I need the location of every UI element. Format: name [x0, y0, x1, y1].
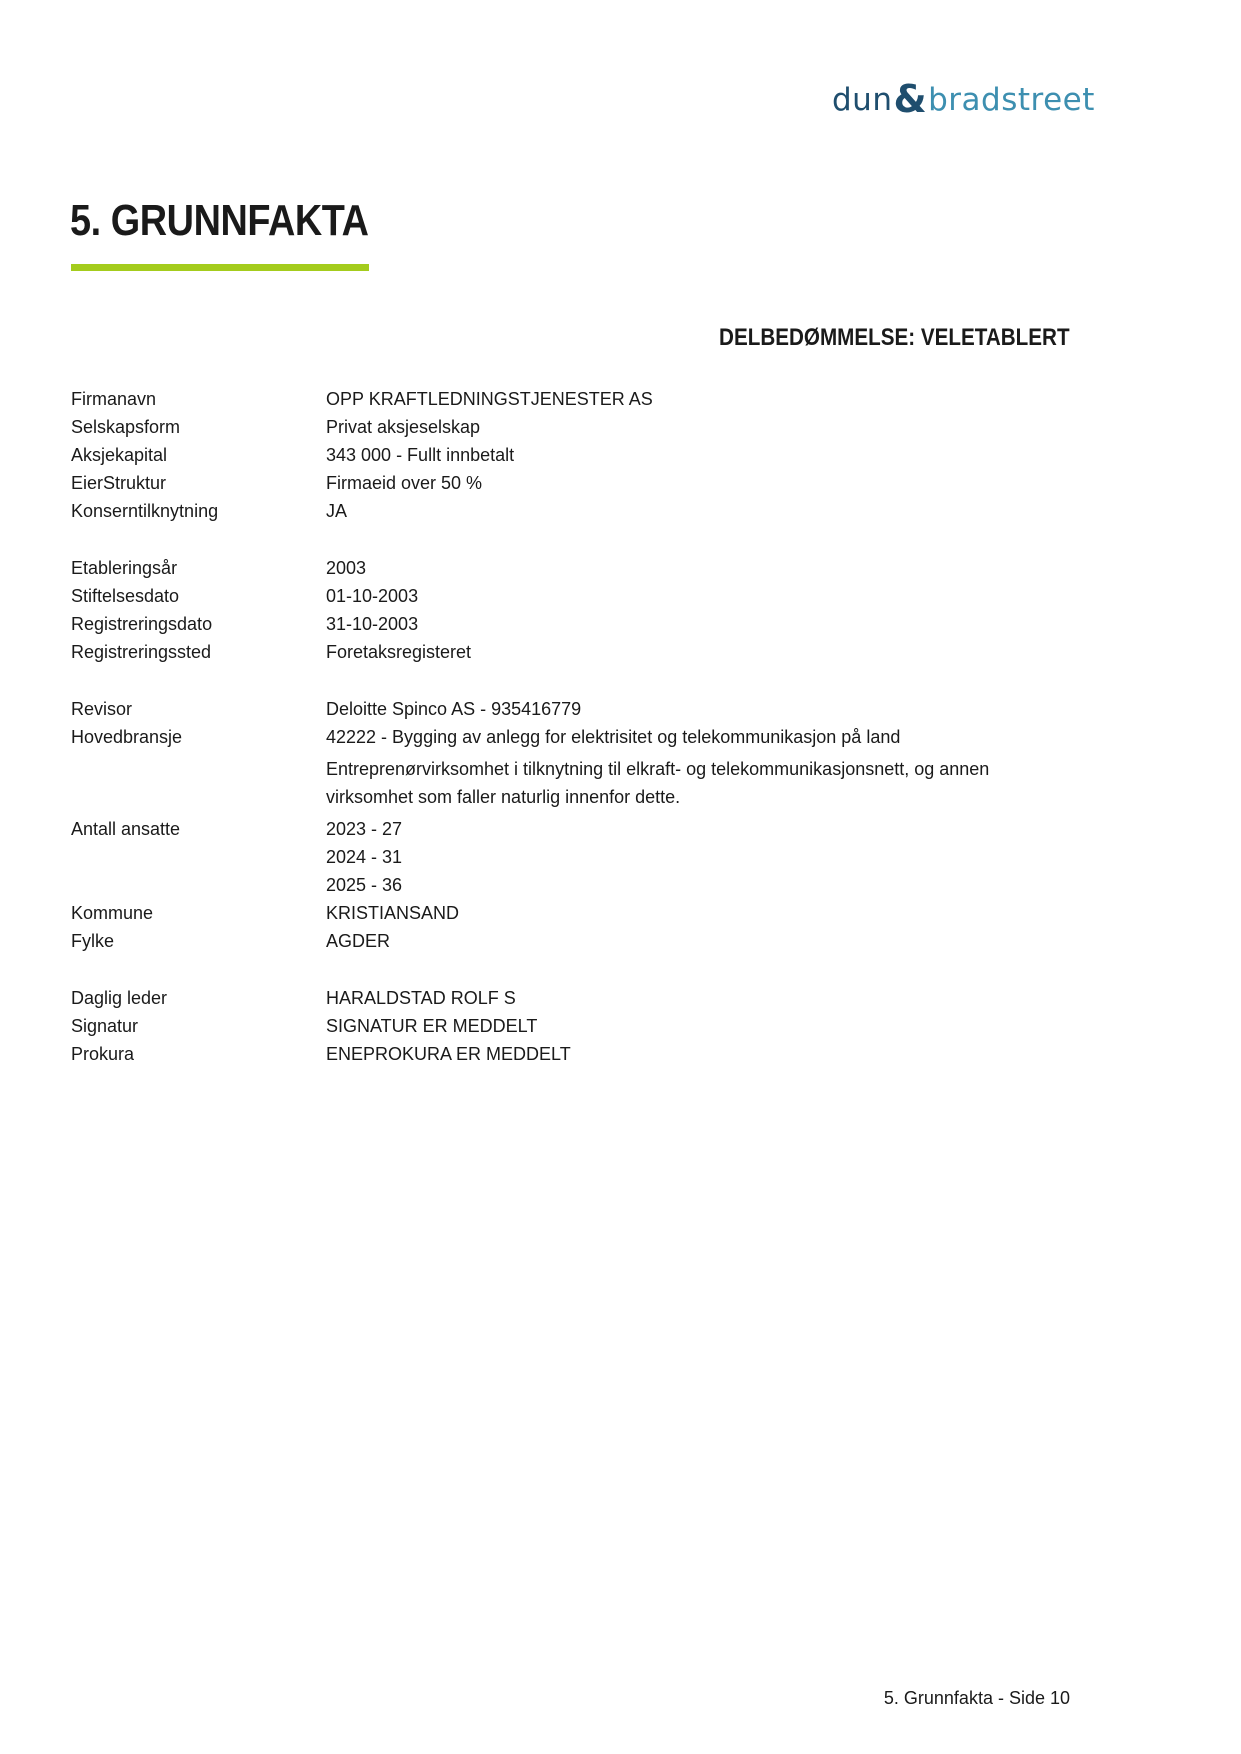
fact-value: Foretaksregisteret: [326, 638, 1071, 666]
dun-bradstreet-logo: dun&bradstreet: [832, 78, 1095, 116]
fact-row: 2025 - 36: [71, 871, 1071, 899]
fact-row: KommuneKRISTIANSAND: [71, 899, 1071, 927]
fact-row: Stiftelsesdato01-10-2003: [71, 582, 1071, 610]
fact-row: Antall ansatte2023 - 27: [71, 815, 1071, 843]
logo-text-dun: dun: [832, 82, 892, 118]
fact-value: Deloitte Spinco AS - 935416779: [326, 695, 1071, 723]
fact-label: Aksjekapital: [71, 441, 326, 469]
spacer: [71, 666, 1071, 695]
fact-row: ProkuraENEPROKURA ER MEDDELT: [71, 1040, 1071, 1068]
fact-value: 31-10-2003: [326, 610, 1071, 638]
fact-label: Etableringsår: [71, 554, 326, 582]
fact-row: Aksjekapital343 000 - Fullt innbetalt: [71, 441, 1071, 469]
fact-label: Firmanavn: [71, 385, 326, 413]
fact-label: Daglig leder: [71, 984, 326, 1012]
fact-label: Kommune: [71, 899, 326, 927]
fact-label: Registreringsdato: [71, 610, 326, 638]
fact-value: OPP KRAFTLEDNINGSTJENESTER AS: [326, 385, 1071, 413]
fact-label: EierStruktur: [71, 469, 326, 497]
logo-text-bradstreet: bradstreet: [928, 82, 1095, 118]
fact-value: KRISTIANSAND: [326, 899, 1071, 927]
fact-label: Fylke: [71, 927, 326, 955]
fact-row: SignaturSIGNATUR ER MEDDELT: [71, 1012, 1071, 1040]
fact-value: 01-10-2003: [326, 582, 1071, 610]
fact-label: Stiftelsesdato: [71, 582, 326, 610]
fact-label: Signatur: [71, 1012, 326, 1040]
fact-row: Etableringsår2003: [71, 554, 1071, 582]
fact-label: Konserntilknytning: [71, 497, 326, 525]
spacer: [71, 525, 1071, 554]
rating-heading: DELBEDØMMELSE: VELETABLERT: [719, 324, 1070, 352]
fact-label: Prokura: [71, 1040, 326, 1068]
fact-value: HARALDSTAD ROLF S: [326, 984, 1071, 1012]
fact-label: Selskapsform: [71, 413, 326, 441]
fact-row: SelskapsformPrivat aksjeselskap: [71, 413, 1071, 441]
fact-row: Hovedbransje42222 - Bygging av anlegg fo…: [71, 723, 1071, 751]
fact-value: Firmaeid over 50 %: [326, 469, 1071, 497]
fact-row: EierStrukturFirmaeid over 50 %: [71, 469, 1071, 497]
title-underline: [71, 264, 369, 271]
fact-row: Registreringsdato31-10-2003: [71, 610, 1071, 638]
spacer: [71, 955, 1071, 984]
fact-row: KonserntilknytningJA: [71, 497, 1071, 525]
industry-description: Entreprenørvirksomhet i tilknytning til …: [326, 755, 1046, 811]
fact-label: Antall ansatte: [71, 815, 326, 843]
fact-value: ENEPROKURA ER MEDDELT: [326, 1040, 1071, 1068]
fact-row: FylkeAGDER: [71, 927, 1071, 955]
fact-row: 2024 - 31: [71, 843, 1071, 871]
fact-value: 42222 - Bygging av anlegg for elektrisit…: [326, 723, 1071, 751]
fact-label: Hovedbransje: [71, 723, 326, 751]
employee-count: 2024 - 31: [326, 843, 1071, 871]
fact-label: Revisor: [71, 695, 326, 723]
fact-value: AGDER: [326, 927, 1071, 955]
fact-value: 2003: [326, 554, 1071, 582]
logo-ampersand-icon: &: [893, 77, 927, 121]
fact-value: SIGNATUR ER MEDDELT: [326, 1012, 1071, 1040]
fact-value: Privat aksjeselskap: [326, 413, 1071, 441]
facts-list: FirmanavnOPP KRAFTLEDNINGSTJENESTER AS S…: [71, 385, 1071, 1068]
page-footer: 5. Grunnfakta - Side 10: [884, 1688, 1070, 1709]
fact-value: 343 000 - Fullt innbetalt: [326, 441, 1071, 469]
employee-count: 2023 - 27: [326, 815, 1071, 843]
fact-value: JA: [326, 497, 1071, 525]
fact-row: FirmanavnOPP KRAFTLEDNINGSTJENESTER AS: [71, 385, 1071, 413]
fact-row: Daglig lederHARALDSTAD ROLF S: [71, 984, 1071, 1012]
fact-row: RevisorDeloitte Spinco AS - 935416779: [71, 695, 1071, 723]
page-title: 5. GRUNNFAKTA: [70, 196, 369, 246]
fact-label: Registreringssted: [71, 638, 326, 666]
fact-row: RegistreringsstedForetaksregisteret: [71, 638, 1071, 666]
employee-count: 2025 - 36: [326, 871, 1071, 899]
